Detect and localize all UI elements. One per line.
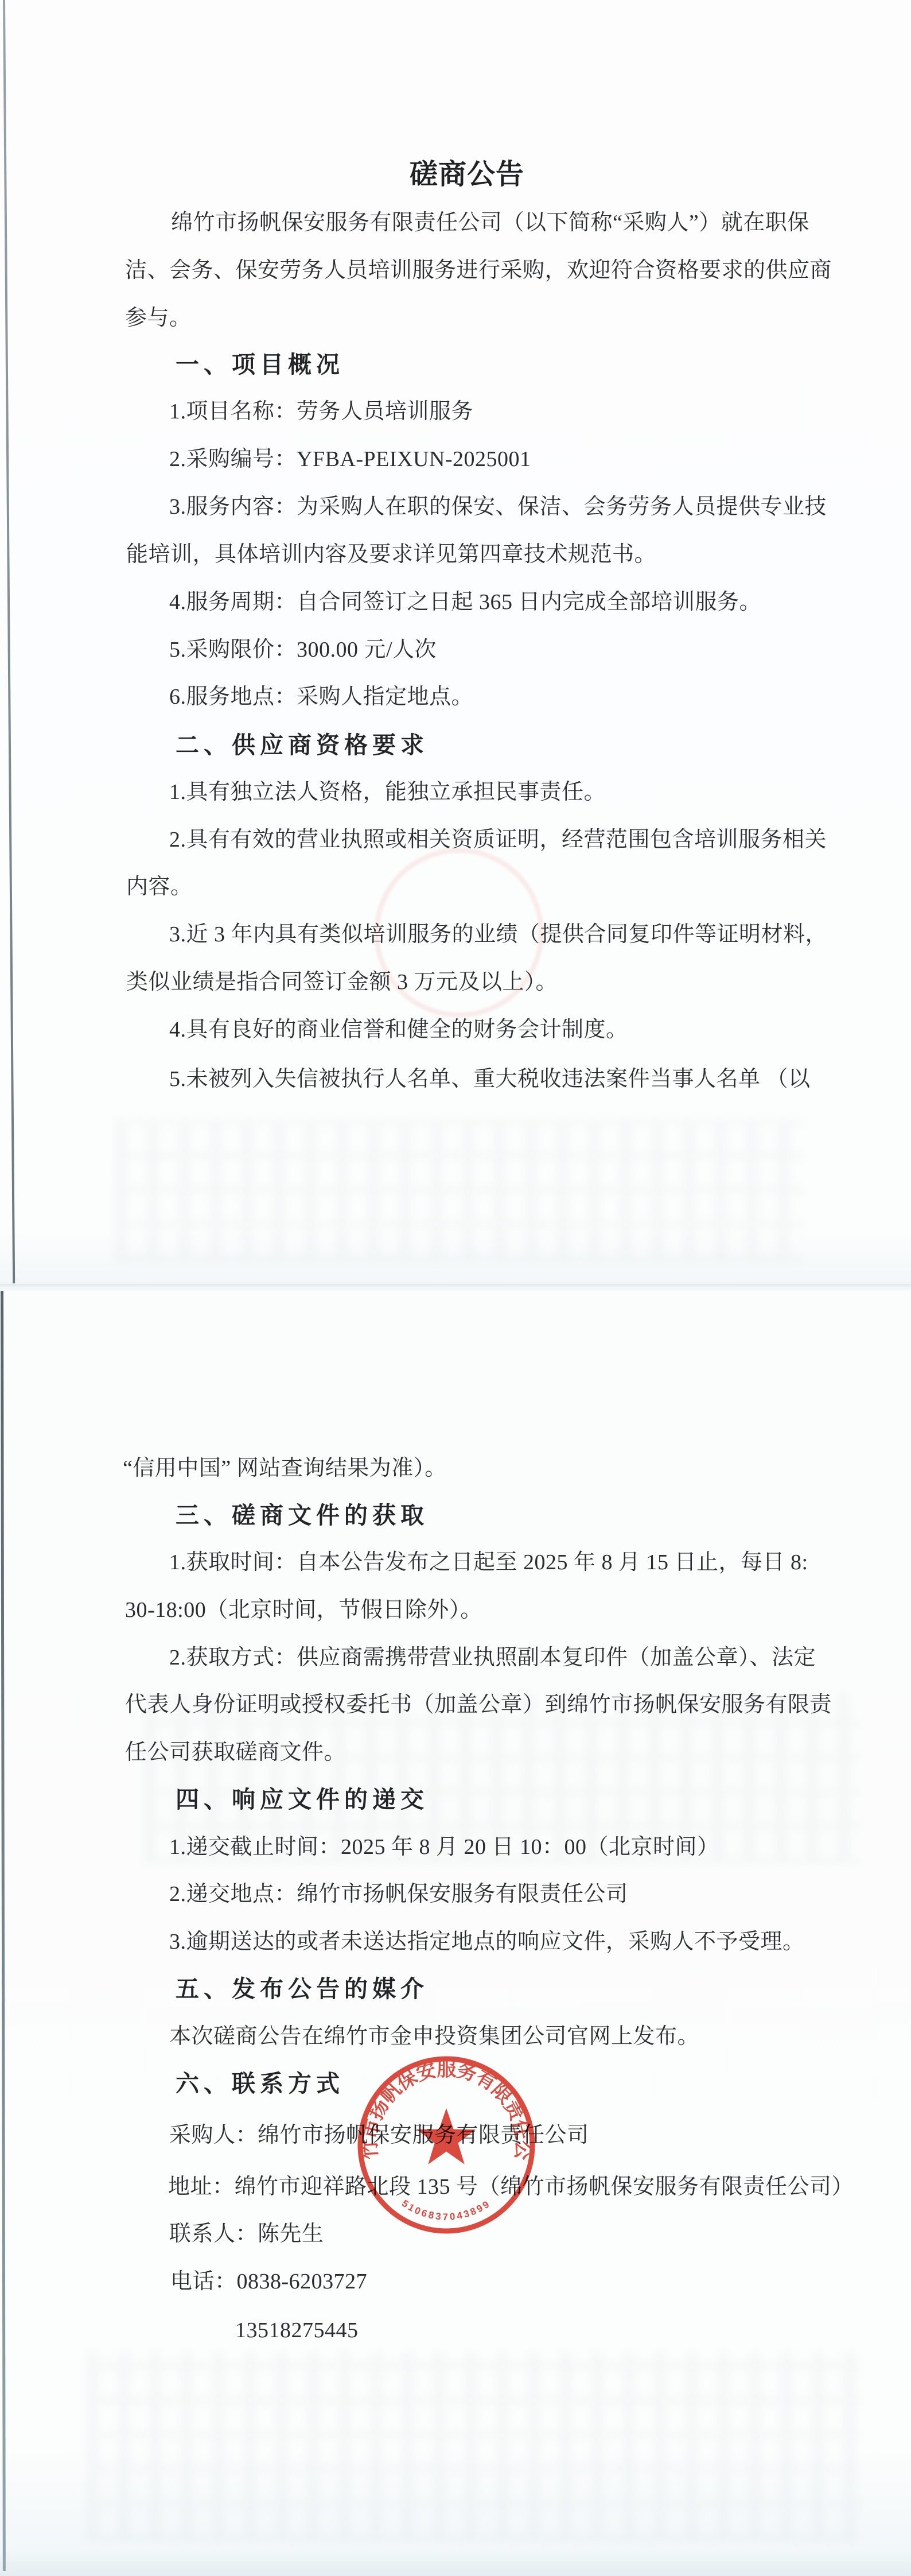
seal-ghost-ring bbox=[377, 851, 542, 1015]
section-heading: 三、磋商文件的获取 bbox=[176, 1503, 429, 1528]
text-line: 代表人身份证明或授权委托书（加盖公章）到绵竹市扬帆保安服务有限责 bbox=[125, 1693, 832, 1717]
text-line: 3.逾期送达的或者未送达指定地点的响应文件，采购人不予受理。 bbox=[169, 1930, 805, 1954]
seal-star-icon bbox=[417, 2108, 476, 2164]
text-line: 1.获取时间：自本公告发布之日起至 2025 年 8 月 15 日止，每日 8: bbox=[169, 1551, 808, 1574]
section-heading: 五、发布公告的媒介 bbox=[176, 1976, 429, 2001]
text-line: 1.递交截止时间：2025 年 8 月 20 日 10：00（北京时间） bbox=[169, 1836, 719, 1859]
text-line: “信用中国” 网站查询结果为准）。 bbox=[123, 1457, 447, 1480]
text-line: 30-18:00（北京时间，节假日除外）。 bbox=[125, 1599, 482, 1622]
text-line: 本次磋商公告在绵竹市金申投资集团公司官网上发布。 bbox=[169, 2025, 699, 2049]
text-line: 2.获取方式：供应商需携带营业执照副本复印件（加盖公章）、法定 bbox=[169, 1646, 816, 1670]
company-seal-stamp: 绵竹市扬帆保安服务有限责任公司 5106837043899 bbox=[356, 2053, 539, 2237]
text-line: 电话：0838-6203727 bbox=[170, 2270, 367, 2294]
text-line: 任公司获取磋商文件。 bbox=[125, 1741, 346, 1764]
scanned-document: 磋商公告绵竹市扬帆保安服务有限责任公司（以下简称“采购人”）就在职保洁、会务、保… bbox=[0, 0, 911, 2576]
seal-ghost-bleed bbox=[370, 844, 548, 1022]
text-line: 联系人：陈先生 bbox=[169, 2222, 324, 2246]
text-line: 13518275445 bbox=[235, 2319, 359, 2342]
section-heading: 六、联系方式 bbox=[176, 2071, 344, 2096]
seal-serial-number: 5106837043899 bbox=[400, 2198, 493, 2222]
text-line: 2.递交地点：绵竹市扬帆保安服务有限责任公司 bbox=[169, 1883, 628, 1906]
section-heading: 四、响应文件的递交 bbox=[176, 1787, 429, 1812]
